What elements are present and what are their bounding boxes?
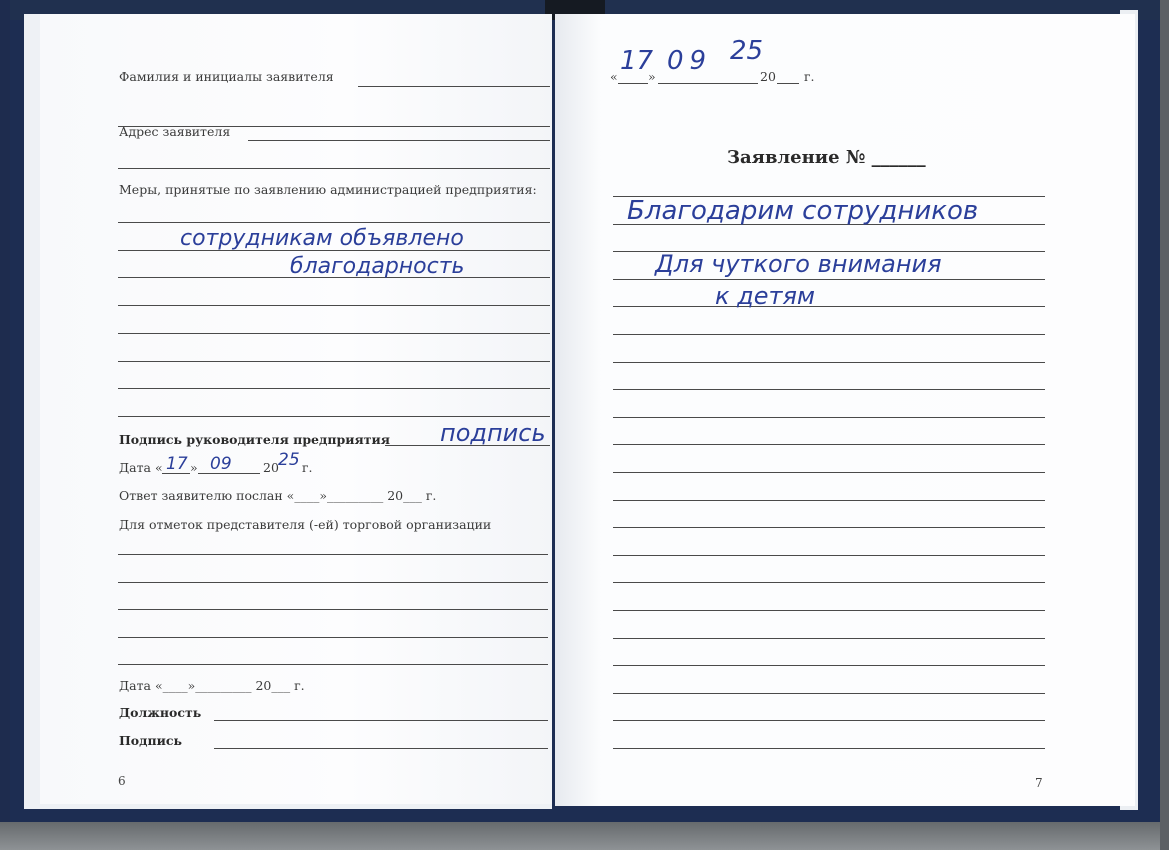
date-month-handwritten: 09 <box>210 454 232 474</box>
writing-line[interactable] <box>613 638 1045 639</box>
statement-heading: Заявление № ______ <box>727 147 926 168</box>
signature-label: Подпись <box>119 733 182 748</box>
scan-right-edge <box>1160 0 1169 850</box>
applicant-address-line[interactable] <box>248 140 550 141</box>
writing-line[interactable] <box>118 416 550 417</box>
statement-handwritten-line-3: к детям <box>715 282 815 310</box>
statement-handwritten-line-2: Для чуткого внимания <box>655 250 942 278</box>
date-suffix: г. <box>302 460 313 475</box>
writing-line[interactable] <box>118 664 548 665</box>
writing-line[interactable] <box>613 500 1045 501</box>
measures-handwritten-line-1: сотрудникам объявлено <box>180 226 464 251</box>
measures-label: Меры, принятые по заявлению администраци… <box>119 182 537 197</box>
position-label: Должность <box>119 705 201 720</box>
position-line[interactable] <box>214 720 548 721</box>
manager-signature-handwritten: подпись <box>440 419 546 447</box>
writing-line[interactable] <box>613 527 1045 528</box>
date-year-prefix: 20 <box>263 460 279 475</box>
writing-line[interactable] <box>118 554 548 555</box>
right-date-day-line[interactable] <box>618 83 648 84</box>
writing-line[interactable] <box>613 417 1045 418</box>
signature-line[interactable] <box>214 748 548 749</box>
writing-line[interactable] <box>613 279 1045 280</box>
statement-handwritten-line-1: Благодарим сотрудников <box>627 196 978 226</box>
book-cover-left-edge <box>0 0 10 850</box>
writing-line[interactable] <box>613 472 1045 473</box>
writing-line[interactable] <box>613 582 1045 583</box>
writing-line[interactable] <box>613 362 1045 363</box>
writing-line[interactable] <box>118 609 548 610</box>
writing-line[interactable] <box>613 444 1045 445</box>
writing-line[interactable] <box>613 334 1045 335</box>
writing-line[interactable] <box>613 389 1045 390</box>
writing-line[interactable] <box>613 665 1045 666</box>
right-date-month-line[interactable] <box>658 83 758 84</box>
writing-line[interactable] <box>118 582 548 583</box>
applicant-address-line-2[interactable] <box>118 168 550 169</box>
writing-line[interactable] <box>118 361 550 362</box>
writing-line[interactable] <box>613 748 1045 749</box>
writing-line[interactable] <box>613 610 1045 611</box>
applicant-name-line[interactable] <box>358 86 550 87</box>
right-date-month-handwritten: 09 <box>667 46 712 76</box>
writing-line[interactable] <box>118 305 550 306</box>
right-date-open-quote: « <box>610 69 618 84</box>
left-page: Фамилия и инициалы заявителя Адрес заяви… <box>40 14 552 804</box>
writing-line[interactable] <box>613 720 1045 721</box>
reply-sent-label: Ответ заявителю послан «____»_________ 2… <box>119 488 436 503</box>
right-date-year-prefix: 20 <box>760 69 776 84</box>
date-day-line[interactable] <box>162 473 190 474</box>
right-date-close-quote: » <box>648 69 656 84</box>
date-label: Дата « <box>119 460 163 475</box>
writing-line[interactable] <box>613 693 1045 694</box>
right-date-suffix: г. <box>804 69 815 84</box>
measures-handwritten-line-2: благодарность <box>290 254 465 279</box>
writing-line[interactable] <box>613 306 1045 307</box>
applicant-name-label: Фамилия и инициалы заявителя <box>119 69 334 84</box>
manager-signature-label: Подпись руководителя предприятия <box>119 432 390 447</box>
trade-org-notes-label: Для отметок представителя (-ей) торговой… <box>119 517 491 532</box>
page-number-right: 7 <box>1035 776 1043 790</box>
page-number-left: 6 <box>118 774 126 788</box>
right-page: « 17 » 09 25 20 г. Заявление № ______ Бл… <box>555 14 1135 806</box>
writing-line[interactable] <box>118 333 550 334</box>
writing-line[interactable] <box>118 637 548 638</box>
writing-line[interactable] <box>613 555 1045 556</box>
writing-line[interactable] <box>118 222 550 223</box>
table-surface <box>0 822 1169 850</box>
right-date-year-handwritten: 25 <box>730 36 763 66</box>
writing-line[interactable] <box>118 388 550 389</box>
date-day-handwritten: 17 <box>166 454 188 474</box>
date-year-handwritten: 25 <box>278 450 300 470</box>
date2-label: Дата «____»_________ 20___ г. <box>119 678 305 693</box>
date-close-quote: » <box>190 460 198 475</box>
right-date-year-line[interactable] <box>777 83 799 84</box>
applicant-address-label: Адрес заявителя <box>119 124 230 139</box>
date-month-line[interactable] <box>198 473 260 474</box>
